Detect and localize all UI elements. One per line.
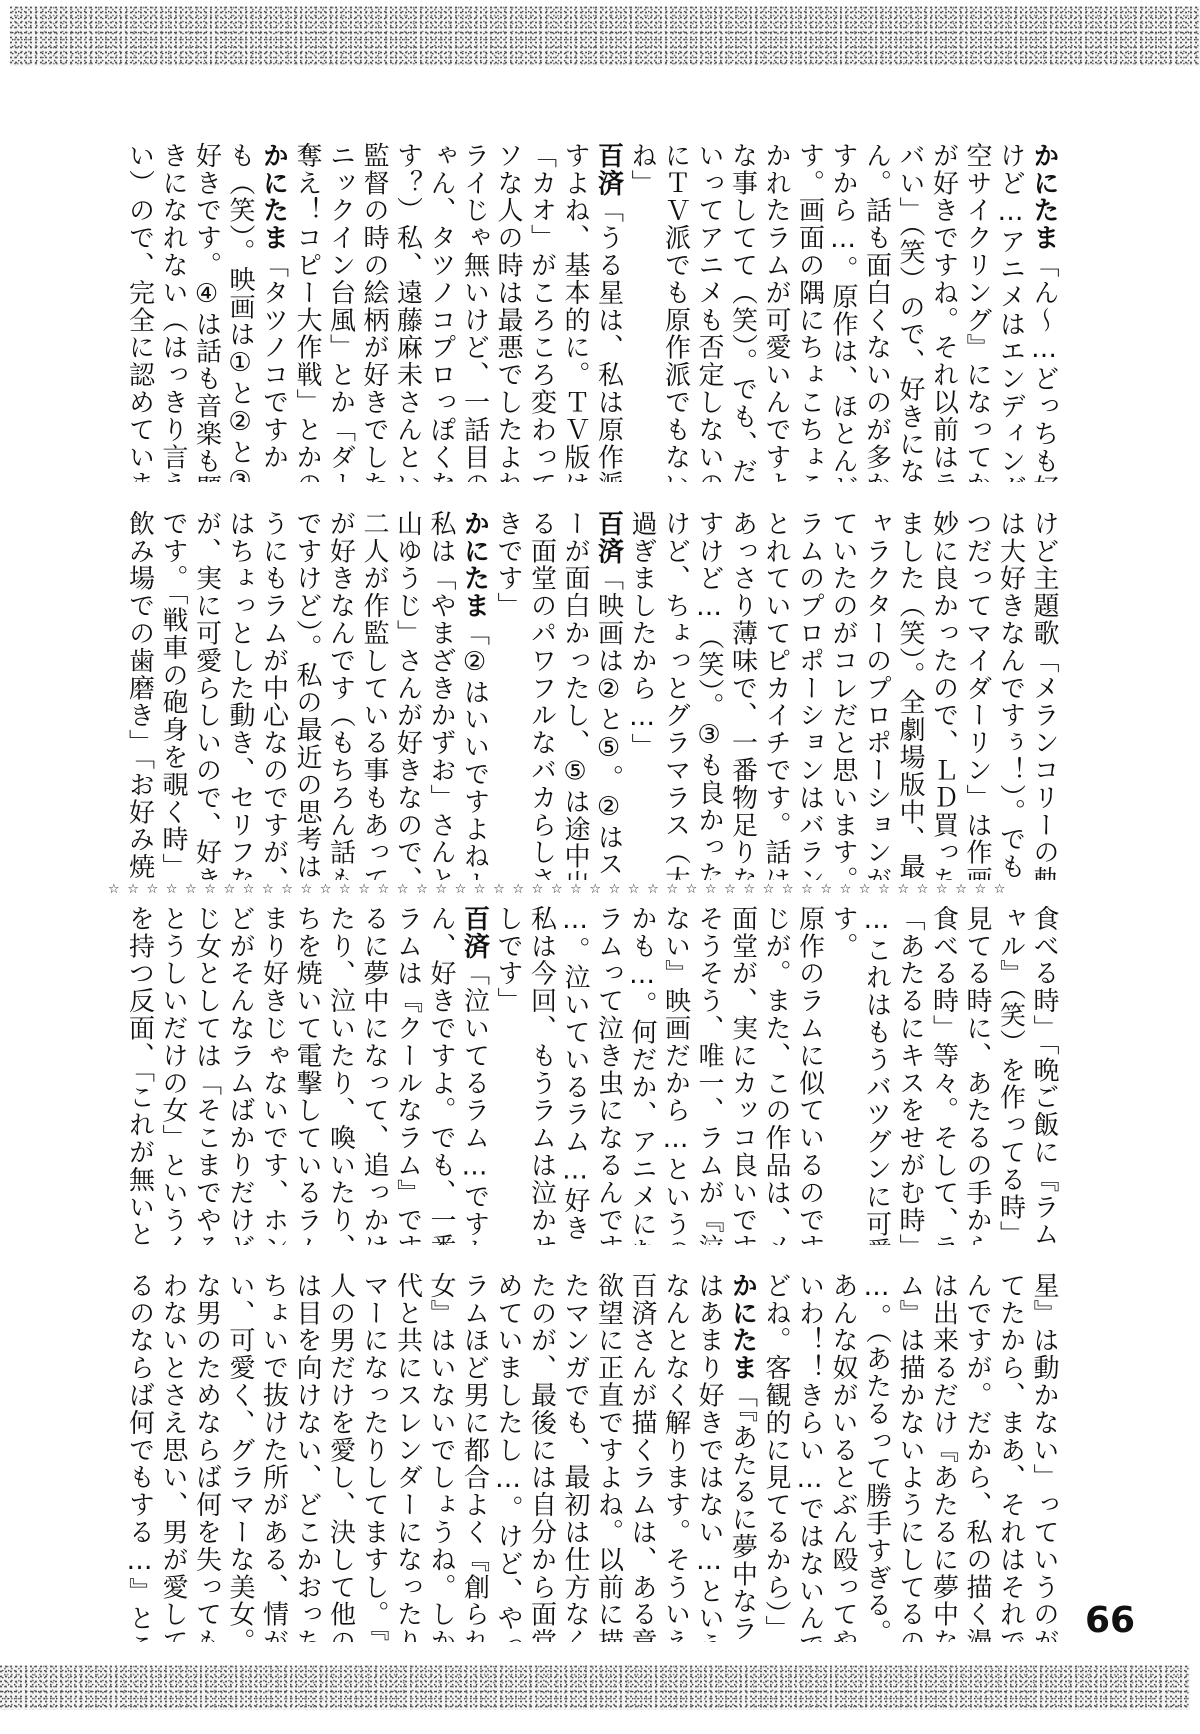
column-text: すけど…（笑）。③も良かったです <box>694 510 724 880</box>
column-text: きです」 <box>493 510 523 620</box>
text-column: んですが。だから、私の描く漫画で <box>960 1272 994 1642</box>
column-text: 「ん〜…どっちも好きです <box>1029 252 1059 482</box>
text-column: ャラクターのプロポーションが整っ <box>859 510 893 880</box>
text-column: はちょっとした動き、セリフなど <box>223 510 257 880</box>
column-text: 「②はいいですよねー！！ <box>460 620 490 880</box>
column-text: は目を向けない、どこかおっちょこ <box>292 1272 322 1642</box>
column-text: 面堂が、実にカッコ良いですよね。 <box>728 905 758 1245</box>
column-text: ラムは『クールなラム』です。あた <box>393 905 423 1245</box>
speaker-name: かにたま <box>259 142 289 252</box>
column-text: な事してて（笑）。でも、だからと <box>728 142 758 482</box>
column-text: ました（笑）。全劇場版中、最もキ <box>895 510 925 880</box>
column-text: けど主題歌「メランコリーの軌跡」 <box>1029 510 1059 880</box>
column-text: けど、ちょっとグラマラス（太め？） <box>661 510 691 880</box>
column-text: めていましたし…。けど、やっぱり <box>493 1272 523 1642</box>
text-column: は大好きなんですぅ！）。でも「い <box>993 510 1027 880</box>
column-text: たのが、最後には自分から面堂を求 <box>527 1272 557 1642</box>
column-text: とれていてピカイチです。話は一番 <box>761 510 791 880</box>
column-text: 百済さんが描くラムは、ある意味で <box>627 1272 657 1642</box>
text-column: たのが、最後には自分から面堂を求 <box>524 1272 558 1642</box>
text-column: すよね、基本的に。ＴＶ版はラムの <box>558 142 592 482</box>
column-text: じ女としては「そこまでやるとうっ <box>192 905 222 1245</box>
text-column: が、実に可愛らしいので、好きなの <box>189 510 223 880</box>
column-text: ですけど）。私の最近の思考は、ど <box>292 510 322 880</box>
text-column: すけど…（笑）。③も良かったです <box>692 510 726 880</box>
text-column: どね。客観的に見てるから）」 <box>759 1272 793 1642</box>
column-text: は大好きなんですぅ！）。でも「い <box>996 510 1026 880</box>
text-column: ていたのがコレだと思います。特に <box>826 510 860 880</box>
text-column: す。画面の隅にちょこちょこっと描 <box>792 142 826 482</box>
column-text: しです」 <box>493 905 523 1015</box>
column-text: は出来るだけ『あたるに夢中なラ <box>929 1272 959 1642</box>
column-text: じが。また、この作品は、メガネ・ <box>761 905 791 1245</box>
text-column: い、可愛く、グラマーな美女。好き <box>223 1272 257 1642</box>
column-text: つだってマイダーリン」は作画だけ <box>962 510 992 880</box>
column-text: 山ゆうじ」さんが好きなので、この <box>393 510 423 880</box>
column-text: どね。客観的に見てるから）」 <box>761 1272 791 1642</box>
text-column: 百済「泣いてるラム…ですか？う <box>457 905 491 1245</box>
text-column: いってアニメも否定しないので、特 <box>692 142 726 482</box>
text-column: どがそんなラムばかりだけど）。同 <box>223 905 257 1245</box>
text-column: とうしいだけの女」というイメージ <box>156 905 190 1245</box>
text-column: じが。また、この作品は、メガネ・ <box>759 905 793 1245</box>
text-column: は目を向けない、どこかおっちょこ <box>290 1272 324 1642</box>
column-text: 二人が作監している事もあって、② <box>359 510 389 880</box>
column-text: ん。話も面白くないのが多かったで <box>862 142 892 482</box>
column-text: ム』は描かないようにしてるのです <box>895 1272 925 1642</box>
speaker-name: かにたま <box>460 510 490 620</box>
column-text: すよね、基本的に。ＴＶ版はラムの <box>560 142 590 482</box>
text-column: ラムのプロポーションはバランスが <box>792 510 826 880</box>
text-column: 欲望に正直ですよね。以前に描かれ <box>591 1272 625 1642</box>
speaker-name: かにたま <box>1029 142 1059 252</box>
column-text: 監督の時の絵柄が好きでした（「パ <box>359 142 389 482</box>
column-text: 「映画は②と⑤。②はストーリ <box>594 565 624 880</box>
star-divider: ☆☆☆☆☆☆☆☆☆☆☆☆☆☆☆☆☆☆☆☆☆☆☆☆☆☆☆☆☆☆☆☆☆☆☆☆☆☆☆☆… <box>108 882 1068 900</box>
text-column: ん、好きですよ。でも、一番好きな <box>424 905 458 1245</box>
speaker-name: 百済 <box>594 510 624 565</box>
text-column: 監督の時の絵柄が好きでした（「パ <box>357 142 391 482</box>
column-text: …。泣いているラム…好きですか？ <box>560 905 590 1245</box>
text-column: 代と共にスレンダーになったりグラ <box>390 1272 424 1642</box>
text-column: るのならば何でもする…』とことん <box>122 1272 156 1642</box>
column-text: です。「戦車の砲身を覗く時」「水 <box>158 510 188 880</box>
text-column: ライじゃ無いけど、一話目のラムち <box>457 142 491 482</box>
text-column: …これはもうバツグンに可愛いで <box>859 905 893 1245</box>
column-text: が好きですね。それ以前はラムが「ケ <box>929 142 959 482</box>
column-text: 「あたるにキスをせがむ時」の仕草 <box>895 905 925 1245</box>
column-text: かれたラムが可愛いんですよね。変 <box>761 142 791 482</box>
text-column: しです」 <box>491 905 525 1245</box>
column-text: はあまり好きではない…というの、 <box>694 1272 724 1642</box>
text-column: ソな人の時は最悪でしたよね。（キ <box>491 142 525 482</box>
column-text: そうそう、唯一、ラムが『泣いてい <box>694 905 724 1245</box>
column-text: 「泣いてるラム…ですか？う <box>460 960 490 1245</box>
text-column: けど、ちょっとグラマラス（太め？） <box>658 510 692 880</box>
column-text: あっさり薄味で、一番物足りないで <box>728 510 758 880</box>
text-column: 百済「映画は②と⑤。②はストーリ <box>591 510 625 880</box>
text-column: なんとなく解ります。そういえば、 <box>658 1272 692 1642</box>
text-column: すから…。原作は、ほとんど好きで <box>826 142 860 482</box>
text-column: 星』は動かない」っていうのが解っ <box>1027 1272 1061 1642</box>
column-text: なんとなく解ります。そういえば、 <box>661 1272 691 1642</box>
column-text: す？）私、遠藤麻未さんという作画 <box>393 142 423 482</box>
text-column: きです」 <box>491 510 525 880</box>
column-text: 飲み場での歯磨き」「お好み焼きを <box>125 510 155 880</box>
column-text: うにもラムが中心なのですが、②で <box>259 510 289 880</box>
text-column: ない』映画だから…というのもある <box>658 905 692 1245</box>
text-tier-4: 星』は動かない」っていうのが解ってたから、まあ、それはそれでいいんですが。だから… <box>110 1272 1060 1642</box>
text-column: す。 <box>826 905 860 1245</box>
text-column: 過ぎましたから…」 <box>625 510 659 880</box>
text-column: 妙に良かったので、ＬＤ買っちゃい <box>926 510 960 880</box>
column-text: す。 <box>828 905 858 960</box>
column-text: を持つ反面、「これが無いと『うる <box>125 905 155 1245</box>
column-text: ちょいで抜けた所がある、情が深 <box>259 1272 289 1642</box>
column-text: 見てる時に、あたるの手から菓子を <box>962 905 992 1245</box>
column-text: 星』は動かない」っていうのが解っ <box>1029 1272 1059 1642</box>
text-column: 「カオ」がころころ変わってヘタク <box>524 142 558 482</box>
text-column: 二人が作監している事もあって、② <box>357 510 391 880</box>
column-text: 私は「やまざきかずお」さんと「森 <box>426 510 456 880</box>
column-text: い、可愛く、グラマーな美女。好き <box>225 1272 255 1642</box>
text-column: る面堂のパワフルなバカらしさが好 <box>524 510 558 880</box>
text-column: 好きです。④は話も音楽も題名も好 <box>189 142 223 482</box>
text-column: かにたま「ん〜…どっちも好きです <box>1027 142 1061 482</box>
column-text: 食べる時」「晩ご飯に『ラムスペシ <box>1029 905 1059 1245</box>
column-text: ていたのがコレだと思います。特に <box>828 510 858 880</box>
text-column: …。（あたるって勝手すぎる。実際 <box>859 1272 893 1642</box>
text-column: とれていてピカイチです。話は一番 <box>759 510 793 880</box>
column-text: いわ！！きらい…ではないんですけ <box>795 1272 825 1642</box>
column-text: あんな奴がいるとぶん殴ってやりた <box>828 1272 858 1642</box>
column-text: まり好きじゃないです、ホントは（殆 <box>259 905 289 1245</box>
speaker-name: 百済 <box>460 905 490 960</box>
text-column: 空サイクリング』になってから以降 <box>960 142 994 482</box>
text-column: も（笑）。映画は①と②と③と⑤が <box>223 142 257 482</box>
column-text: どがそんなラムばかりだけど）。同 <box>225 905 255 1245</box>
column-text: ラムって泣き虫になるんですよね <box>594 905 624 1245</box>
text-column: あんな奴がいるとぶん殴ってやりた <box>826 1272 860 1642</box>
column-text: 空サイクリング』になってから以降 <box>962 142 992 482</box>
column-text: はちょっとした動き、セリフなど <box>225 510 255 880</box>
text-column: ですけど）。私の最近の思考は、ど <box>290 510 324 880</box>
text-column: 「あたるにキスをせがむ時」の仕草 <box>893 905 927 1245</box>
text-column: いわ！！きらい…ではないんですけ <box>792 1272 826 1642</box>
column-text: ん、好きですよ。でも、一番好きな <box>426 905 456 1245</box>
text-column: ラムって泣き虫になるんですよね <box>591 905 625 1245</box>
text-column: ャル』（笑）を作ってる時」「映画 <box>993 905 1027 1245</box>
scan-noise-band-top <box>10 6 1200 66</box>
column-text: 人の男だけを愛し、決して他の男に <box>326 1272 356 1642</box>
text-column: を持つ反面、「これが無いと『うる <box>122 905 156 1245</box>
text-column: うにもラムが中心なのですが、②で <box>256 510 290 880</box>
text-column: 女』はいないでしょうね。しかも時 <box>424 1272 458 1642</box>
column-text: にＴＶ派でも原作派でもないです <box>661 142 691 482</box>
column-text: い）ので、完全に認めていません（だ <box>125 142 155 482</box>
text-column: にＴＶ派でも原作派でもないです <box>658 142 692 482</box>
column-text: いってアニメも否定しないので、特 <box>694 142 724 482</box>
column-text: 私は今回、もうラムは泣かせっぱな <box>527 905 557 1245</box>
text-column: …。泣いているラム…好きですか？ <box>558 905 592 1245</box>
text-tier-3: 食べる時」「晩ご飯に『ラムスペシャル』（笑）を作ってる時」「映画見てる時に、あた… <box>110 905 1060 1245</box>
column-text: ニックイン台風」とか「ダーリンを <box>326 142 356 482</box>
column-text: 「カオ」がころころ変わってヘタク <box>527 142 557 482</box>
text-column: ました（笑）。全劇場版中、最もキ <box>893 510 927 880</box>
column-text: 過ぎましたから…」 <box>627 510 657 761</box>
column-text: な男のためならば何を失ってもかま <box>192 1272 222 1642</box>
column-text: ない』映画だから…というのもある <box>661 905 691 1245</box>
column-text: ラムのプロポーションはバランスが <box>795 510 825 880</box>
page-number: 66 <box>1085 1600 1135 1641</box>
text-column: あっさり薄味で、一番物足りないで <box>725 510 759 880</box>
column-text: 「タツノコですか…そうか <box>259 252 289 482</box>
text-column: ちょいで抜けた所がある、情が深 <box>256 1272 290 1642</box>
column-text: たり、泣いたり、喚いたり、やきも <box>326 905 356 1245</box>
column-text: 奪え！コピー大作戦」とかの）」 <box>292 142 322 482</box>
column-text: ちを焼いて電撃しているラムは、あ <box>292 905 322 1245</box>
column-text: てたから、まあ、それはそれでいい <box>996 1272 1026 1642</box>
text-column: かも…。何だか、アニメになると、 <box>625 905 659 1245</box>
text-column: かにたま「②はいいですよねー！！ <box>457 510 491 880</box>
column-text: 「うる星は、私は原作派なんで <box>594 197 624 482</box>
column-text: わないとさえ思い、男が愛してくれ <box>158 1272 188 1642</box>
text-tier-2: けど主題歌「メランコリーの軌跡」は大好きなんですぅ！）。でも「いつだってマイダー… <box>110 510 1060 880</box>
column-text: 妙に良かったので、ＬＤ買っちゃい <box>929 510 959 880</box>
text-column: 飲み場での歯磨き」「お好み焼きを <box>122 510 156 880</box>
column-text: ャル』（笑）を作ってる時」「映画 <box>996 905 1026 1245</box>
column-text: すから…。原作は、ほとんど好きで <box>828 142 858 482</box>
text-column: そうそう、唯一、ラムが『泣いてい <box>692 905 726 1245</box>
text-column: ゃん、タツノコプロっぽくないで <box>424 142 458 482</box>
text-column: かれたラムが可愛いんですよね。変 <box>759 142 793 482</box>
column-text: るに夢中になって、追っかけまわし <box>359 905 389 1245</box>
text-column: い）ので、完全に認めていません（だ <box>122 142 156 482</box>
scan-noise-band-bottom <box>0 1665 1190 1710</box>
text-column: けど主題歌「メランコリーの軌跡」 <box>1027 510 1061 880</box>
column-text: 「『あたるに夢中なラム』 <box>728 1382 758 1642</box>
column-text: ーが面白かったし、⑤は途中出て来 <box>560 510 590 880</box>
text-column: ちを焼いて電撃しているラムは、あ <box>290 905 324 1245</box>
column-text: ソな人の時は最悪でしたよね。（キ <box>493 142 523 482</box>
text-column: るに夢中になって、追っかけまわし <box>357 905 391 1245</box>
text-column: が好きですね。それ以前はラムが「ケ <box>926 142 960 482</box>
text-column: 食べる時」「晩ご飯に『ラムスペシ <box>1027 905 1061 1245</box>
column-text: ゃん、タツノコプロっぽくないで <box>426 142 456 482</box>
column-text: が好きなんです（もちろん話も好き <box>326 510 356 880</box>
text-column: かにたま「タツノコですか…そうか <box>256 142 290 482</box>
text-column: です。「戦車の砲身を覗く時」「水 <box>156 510 190 880</box>
text-column: ラムは『クールなラム』です。あた <box>390 905 424 1245</box>
text-column: たり、泣いたり、喚いたり、やきも <box>323 905 357 1245</box>
column-text: けど…アニメはエンディングが『星 <box>996 142 1026 482</box>
text-tier-1: かにたま「ん〜…どっちも好きですけど…アニメはエンディングが『星空サイクリング』… <box>110 142 1060 482</box>
column-text: …。（あたるって勝手すぎる。実際 <box>862 1272 892 1642</box>
text-column: きになれない（はっきり言えば嫌 <box>156 142 190 482</box>
speaker-name: 百済 <box>594 142 624 197</box>
column-text: …これはもうバツグンに可愛いで <box>862 905 892 1245</box>
text-column: 面堂が、実にカッコ良いですよね。 <box>725 905 759 1245</box>
text-column: けど…アニメはエンディングが『星 <box>993 142 1027 482</box>
column-text: とうしいだけの女」というイメージ <box>158 905 188 1245</box>
column-text: 代と共にスレンダーになったりグラ <box>393 1272 423 1642</box>
text-column: バい」（笑）ので、好きになれませ <box>893 142 927 482</box>
column-text: る面堂のパワフルなバカらしさが好 <box>527 510 557 880</box>
text-column: つだってマイダーリン」は作画だけ <box>960 510 994 880</box>
column-text: マーになったりしてますし。『唯一 <box>359 1272 389 1642</box>
text-column: てたから、まあ、それはそれでいい <box>993 1272 1027 1642</box>
text-column: めていましたし…。けど、やっぱり <box>491 1272 525 1642</box>
text-column: ラムほど男に都合よく『創られた <box>457 1272 491 1642</box>
text-column: まり好きじゃないです、ホントは（殆 <box>256 905 290 1245</box>
column-text: 原作のラムに似ているのですね、感 <box>795 905 825 1245</box>
column-text: たマンガでも、最初は仕方なくだっ <box>560 1272 590 1642</box>
text-column: かにたま「『あたるに夢中なラム』 <box>725 1272 759 1642</box>
column-text: かも…。何だか、アニメになると、 <box>627 905 657 1245</box>
text-column: 百済「うる星は、私は原作派なんで <box>591 142 625 482</box>
text-column: じ女としては「そこまでやるとうっ <box>189 905 223 1245</box>
text-column: 私は「やまざきかずお」さんと「森 <box>424 510 458 880</box>
column-text: 食べる時」等々。そして、ラストに <box>929 905 959 1245</box>
column-text: るのならば何でもする…』とことん <box>125 1272 155 1642</box>
column-text: んですが。だから、私の描く漫画で <box>962 1272 992 1642</box>
column-text: 欲望に正直ですよね。以前に描かれ <box>594 1272 624 1642</box>
column-text: ラムほど男に都合よく『創られた <box>460 1272 490 1642</box>
text-column: ム』は描かないようにしてるのです <box>893 1272 927 1642</box>
text-column: たマンガでも、最初は仕方なくだっ <box>558 1272 592 1642</box>
text-column: ニックイン台風」とか「ダーリンを <box>323 142 357 482</box>
column-text: ャラクターのプロポーションが整っ <box>862 510 892 880</box>
text-column: ん。話も面白くないのが多かったで <box>859 142 893 482</box>
text-column: が好きなんです（もちろん話も好き <box>323 510 357 880</box>
column-text: きになれない（はっきり言えば嫌 <box>158 142 188 482</box>
text-column: マーになったりしてますし。『唯一 <box>357 1272 391 1642</box>
text-column: 百済さんが描くラムは、ある意味で <box>625 1272 659 1642</box>
column-text: が、実に可愛らしいので、好きなの <box>192 510 222 880</box>
text-column: す？）私、遠藤麻未さんという作画 <box>390 142 424 482</box>
column-text: す。画面の隅にちょこちょこっと描 <box>795 142 825 482</box>
column-text: 好きです。④は話も音楽も題名も好 <box>192 142 222 482</box>
text-column: はあまり好きではない…というの、 <box>692 1272 726 1642</box>
text-column: な男のためならば何を失ってもかま <box>189 1272 223 1642</box>
speaker-name: かにたま <box>728 1272 758 1382</box>
text-column: わないとさえ思い、男が愛してくれ <box>156 1272 190 1642</box>
text-column: 奪え！コピー大作戦」とかの）」 <box>290 142 324 482</box>
text-column: 私は今回、もうラムは泣かせっぱな <box>524 905 558 1245</box>
text-column: ーが面白かったし、⑤は途中出て来 <box>558 510 592 880</box>
column-text: バい」（笑）ので、好きになれませ <box>895 142 925 482</box>
column-text: ライじゃ無いけど、一話目のラムち <box>460 142 490 482</box>
column-text: 女』はいないでしょうね。しかも時 <box>426 1272 456 1642</box>
text-column: ね」 <box>625 142 659 482</box>
text-column: な事してて（笑）。でも、だからと <box>725 142 759 482</box>
column-text: ね」 <box>627 142 657 197</box>
text-column: 見てる時に、あたるの手から菓子を <box>960 905 994 1245</box>
text-column: 食べる時」等々。そして、ラストに <box>926 905 960 1245</box>
text-column: 山ゆうじ」さんが好きなので、この <box>390 510 424 880</box>
text-column: 人の男だけを愛し、決して他の男に <box>323 1272 357 1642</box>
text-column: 原作のラムに似ているのですね、感 <box>792 905 826 1245</box>
column-text: も（笑）。映画は①と②と③と⑤が <box>225 142 255 482</box>
text-column: は出来るだけ『あたるに夢中なラ <box>926 1272 960 1642</box>
